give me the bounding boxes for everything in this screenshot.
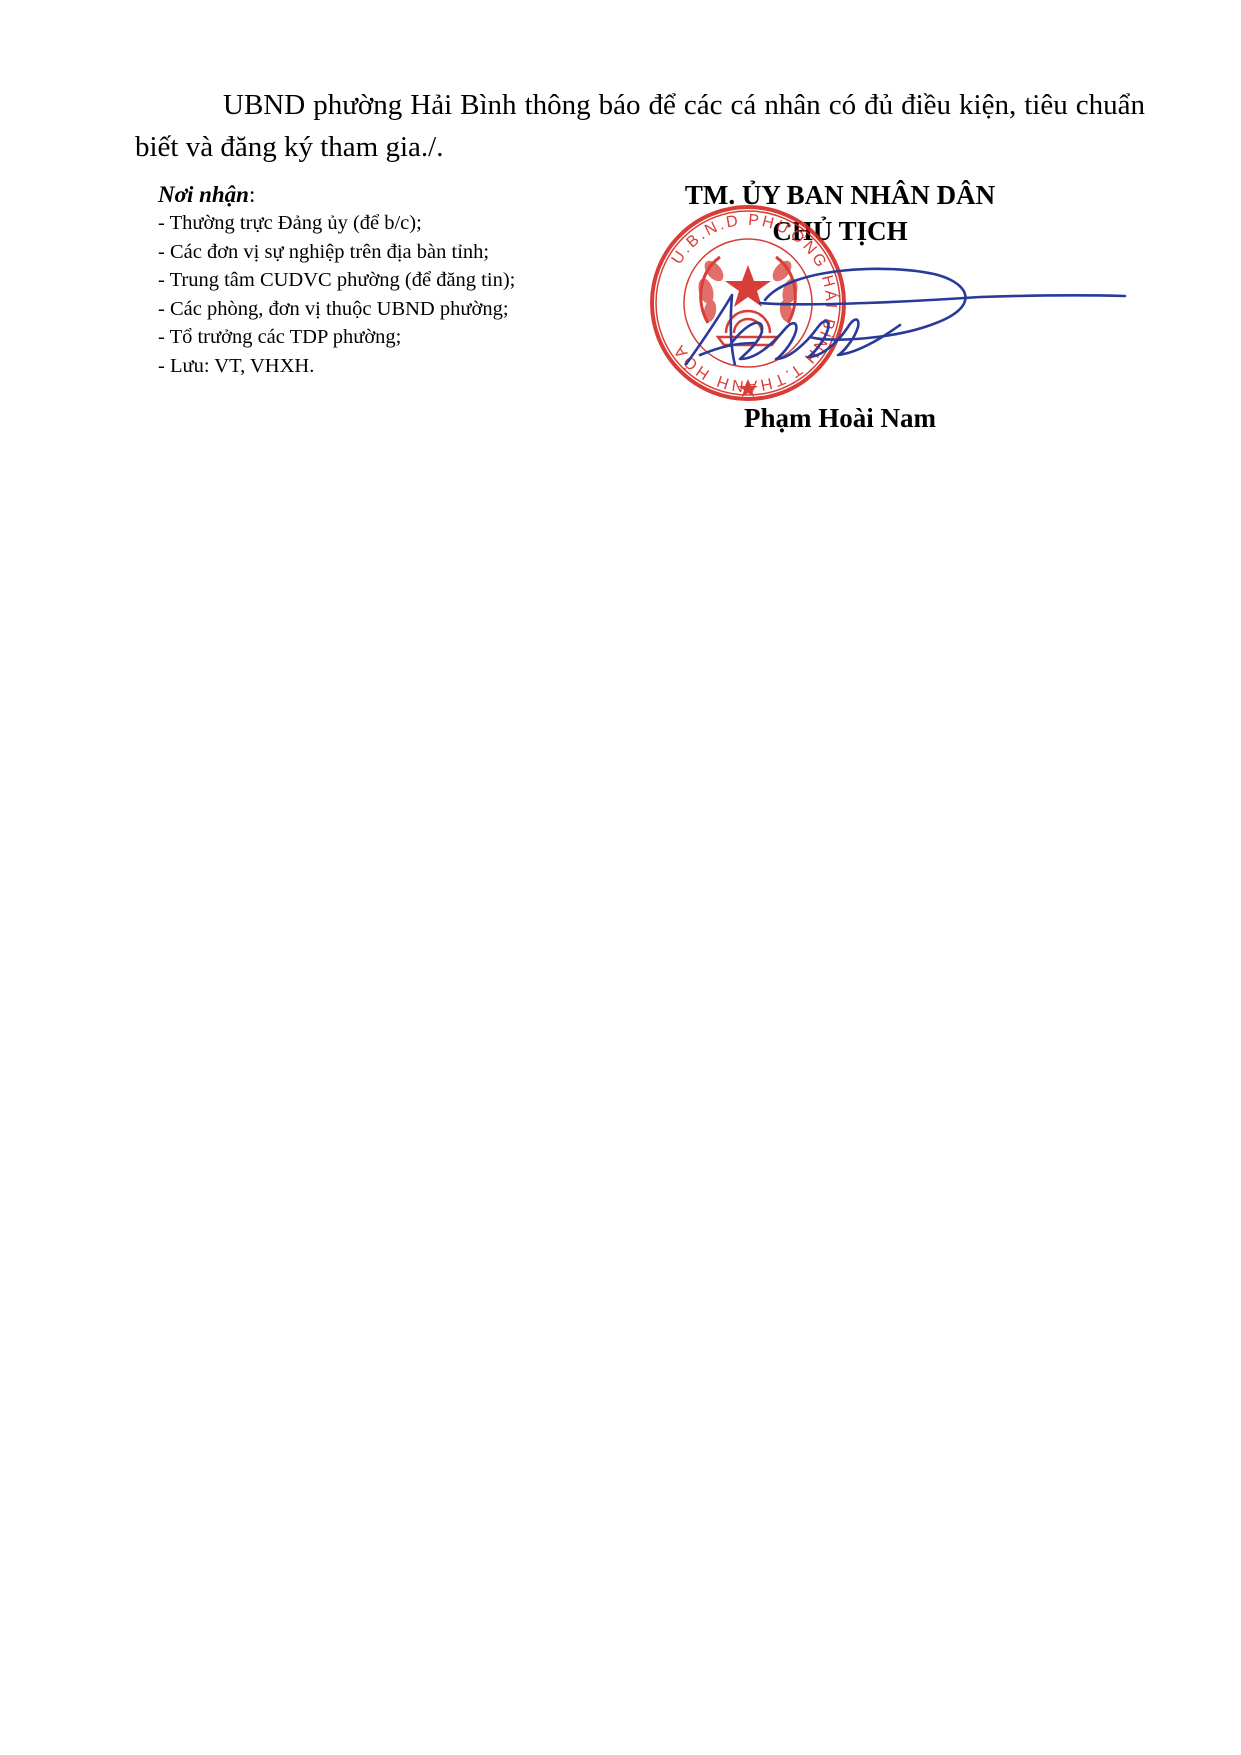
document-page: UBND phường Hải Bình thông báo để các cá… [0,0,1241,1755]
recipient-item: - Các phòng, đơn vị thuộc UBND phường; [158,295,588,324]
closing-line-2: biết và đăng ký tham gia./. [135,126,1145,168]
closing-line-1: UBND phường Hải Bình thông báo để các cá… [135,84,1145,126]
recipients-label-colon: : [249,182,255,207]
recipients-list: - Thường trực Đảng ủy (để b/c); - Các đơ… [158,209,588,380]
recipient-item: - Tổ trưởng các TDP phường; [158,323,588,352]
recipients-block: Nơi nhận: - Thường trực Đảng ủy (để b/c)… [158,181,588,380]
recipient-item: - Thường trực Đảng ủy (để b/c); [158,209,588,238]
recipients-heading: Nơi nhận: [158,181,588,209]
closing-paragraph: UBND phường Hải Bình thông báo để các cá… [135,84,1145,168]
recipient-item: - Các đơn vị sự nghiệp trên địa bàn tỉnh… [158,238,588,267]
recipient-item: - Trung tâm CUDVC phường (để đăng tin); [158,266,588,295]
handwritten-signature-icon [660,255,1140,365]
signer-name: Phạm Hoài Nam [640,401,1040,435]
recipient-item: - Lưu: VT, VHXH. [158,352,588,381]
recipients-label: Nơi nhận [158,182,249,207]
